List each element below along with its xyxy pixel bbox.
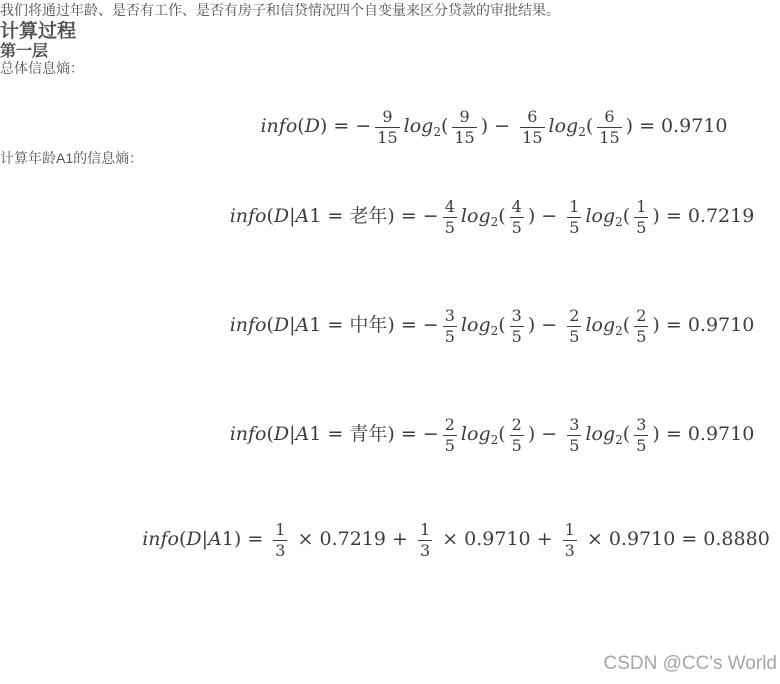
fraction-numerator: 2: [510, 415, 524, 435]
fraction-numerator: 6: [602, 107, 616, 127]
fraction-numerator: 2: [443, 415, 457, 435]
math-token: 1 =: [309, 205, 349, 227]
math-token: (: [623, 423, 630, 445]
fraction-denominator: 5: [567, 435, 581, 456]
csdn-watermark: CSDN @CC's World: [603, 653, 777, 675]
math-token: log: [461, 423, 491, 445]
fraction-denominator: 5: [443, 217, 457, 238]
fraction-denominator: 5: [567, 326, 581, 347]
math-token: (: [498, 423, 505, 445]
fraction-numerator: 1: [563, 520, 577, 540]
heading-first-layer: 第一层: [0, 43, 780, 60]
formula-age-weighted-average: info(D|A1) = 13 × 0.7219 + 13 × 0.9710 +…: [0, 517, 780, 563]
math-token: 2: [615, 215, 623, 229]
math-token: (: [266, 314, 273, 336]
math-token: info: [230, 314, 267, 336]
fraction-denominator: 3: [563, 540, 577, 561]
fraction-denominator: 5: [510, 326, 524, 347]
math-token: 1 =: [309, 423, 349, 445]
math-token: info: [230, 205, 267, 227]
math-token: (: [498, 314, 505, 336]
fraction-numerator: 3: [510, 306, 524, 326]
math-formula: info(D|A1 = 青年) = −25log2(25) − 35log2(3…: [230, 415, 755, 455]
fraction: 15: [634, 197, 648, 237]
fraction-numerator: 3: [443, 306, 457, 326]
math-token: A: [296, 423, 310, 445]
math-token: (: [623, 314, 630, 336]
fraction: 25: [443, 415, 457, 455]
math-token: D: [186, 528, 201, 550]
fraction-denominator: 5: [634, 326, 648, 347]
fraction-numerator: 9: [380, 107, 394, 127]
fraction-denominator: 15: [452, 127, 476, 148]
math-token: ) = 0.9710: [626, 115, 728, 137]
fraction-numerator: 9: [457, 107, 471, 127]
fraction-denominator: 3: [418, 540, 432, 561]
fraction-denominator: 5: [634, 217, 648, 238]
math-token: info: [142, 528, 179, 550]
fraction: 915: [452, 107, 476, 147]
fraction-numerator: 1: [273, 520, 287, 540]
fraction-denominator: 15: [597, 127, 621, 148]
fraction: 615: [597, 107, 621, 147]
fraction-numerator: 6: [525, 107, 539, 127]
math-token: 老年: [349, 205, 387, 227]
math-token: D: [305, 115, 320, 137]
math-token: 2: [615, 324, 623, 338]
math-token: log: [549, 115, 579, 137]
fraction-denominator: 5: [443, 326, 457, 347]
math-token: D: [274, 423, 289, 445]
math-token: A: [208, 528, 222, 550]
formula-total-entropy: info(D) = −915log2(915) − 615log2(615) =…: [0, 104, 780, 150]
math-token: log: [461, 314, 491, 336]
label-total-entropy: 总体信息熵：: [0, 60, 780, 76]
math-token: 1) =: [222, 528, 270, 550]
math-token: (: [266, 423, 273, 445]
fraction-denominator: 5: [443, 435, 457, 456]
math-token: ) = −: [387, 205, 438, 227]
formula-age-middle: info(D|A1 = 中年) = −35log2(35) − 25log2(2…: [0, 303, 780, 349]
fraction: 13: [273, 520, 287, 560]
math-token: ) −: [528, 205, 563, 227]
math-token: ) −: [481, 115, 516, 137]
fraction: 915: [375, 107, 399, 147]
math-formula: info(D|A1 = 中年) = −35log2(35) − 25log2(2…: [230, 306, 755, 346]
article-page: 我们将通过年龄、是否有工作、是否有房子和信贷情况四个自变量来区分贷款的审批结果。…: [0, 0, 780, 684]
math-token: 2: [578, 125, 586, 139]
fraction-denominator: 15: [520, 127, 544, 148]
math-token: (: [297, 115, 304, 137]
math-formula: info(D|A1 = 老年) = −45log2(45) − 15log2(1…: [230, 197, 755, 237]
fraction: 45: [510, 197, 524, 237]
fraction-numerator: 3: [634, 415, 648, 435]
math-token: (: [441, 115, 448, 137]
math-token: ) = 0.7219: [652, 205, 754, 227]
math-token: log: [404, 115, 434, 137]
math-token: 中年: [349, 314, 387, 336]
fraction-denominator: 5: [510, 435, 524, 456]
math-token: info: [230, 423, 267, 445]
math-token: ) = 0.9710: [652, 423, 754, 445]
math-token: ) −: [528, 314, 563, 336]
math-formula: info(D|A1) = 13 × 0.7219 + 13 × 0.9710 +…: [142, 520, 770, 560]
fraction: 35: [567, 415, 581, 455]
fraction-numerator: 1: [567, 197, 581, 217]
fraction-denominator: 3: [273, 540, 287, 561]
math-token: D: [274, 314, 289, 336]
intro-paragraph: 我们将通过年龄、是否有工作、是否有房子和信贷情况四个自变量来区分贷款的审批结果。: [0, 0, 780, 21]
math-token: (: [266, 205, 273, 227]
fraction-numerator: 1: [418, 520, 432, 540]
label-age-entropy: 计算年龄A1的信息熵：: [0, 150, 780, 166]
fraction: 45: [443, 197, 457, 237]
fraction-denominator: 5: [510, 217, 524, 238]
math-formula: info(D) = −915log2(915) − 615log2(615) =…: [260, 107, 727, 147]
fraction: 615: [520, 107, 544, 147]
fraction: 25: [510, 415, 524, 455]
fraction: 35: [510, 306, 524, 346]
fraction-denominator: 15: [375, 127, 399, 148]
fraction-denominator: 5: [634, 435, 648, 456]
fraction-numerator: 4: [443, 197, 457, 217]
math-token: ) = −: [320, 115, 371, 137]
fraction: 13: [563, 520, 577, 560]
math-token: ) = −: [387, 314, 438, 336]
fraction-numerator: 1: [634, 197, 648, 217]
fraction-numerator: 2: [634, 306, 648, 326]
math-token: 2: [433, 125, 441, 139]
formula-age-young: info(D|A1 = 青年) = −25log2(25) − 35log2(3…: [0, 412, 780, 458]
fraction: 35: [443, 306, 457, 346]
math-token: 2: [615, 433, 623, 447]
math-token: ) −: [528, 423, 563, 445]
math-token: (: [498, 205, 505, 227]
math-token: 青年: [349, 423, 387, 445]
math-token: × 0.9710 +: [436, 528, 558, 550]
math-token: 1 =: [309, 314, 349, 336]
fraction: 13: [418, 520, 432, 560]
math-token: A: [296, 314, 310, 336]
math-token: info: [260, 115, 297, 137]
math-token: × 0.9710 = 0.8880: [581, 528, 770, 550]
math-token: log: [585, 314, 615, 336]
math-token: (: [623, 205, 630, 227]
math-token: log: [461, 205, 491, 227]
math-token: A: [296, 205, 310, 227]
fraction: 25: [567, 306, 581, 346]
math-token: ) = −: [387, 423, 438, 445]
formula-age-old: info(D|A1 = 老年) = −45log2(45) − 15log2(1…: [0, 194, 780, 240]
heading-calculation-process: 计算过程: [0, 21, 780, 43]
fraction: 25: [634, 306, 648, 346]
math-token: D: [274, 205, 289, 227]
fraction: 15: [567, 197, 581, 237]
math-token: log: [585, 423, 615, 445]
math-token: log: [585, 205, 615, 227]
fraction-numerator: 4: [510, 197, 524, 217]
math-token: ) = 0.9710: [652, 314, 754, 336]
fraction-numerator: 2: [567, 306, 581, 326]
math-token: × 0.7219 +: [291, 528, 413, 550]
fraction-numerator: 3: [567, 415, 581, 435]
fraction: 35: [634, 415, 648, 455]
math-token: (: [586, 115, 593, 137]
fraction-denominator: 5: [567, 217, 581, 238]
